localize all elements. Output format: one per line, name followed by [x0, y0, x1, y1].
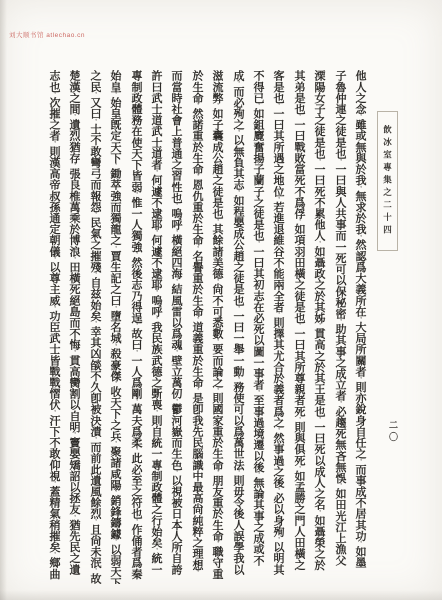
text-column: 成。而必殉之。以無負其志。如程嬰成公趙之徒是也。一曰一舉一動。務使可以爲萬世法。… [230, 70, 247, 584]
scanned-book-page: 刘大顺书馆 atlechao.cn 飲冰室專集之二十四 二〇 他人之念。雖或無與… [0, 0, 442, 600]
text-column: 子魯仲連之徒是也。一曰與人共事而一死可以保秘密。助其事之成立者。必趨死無吝無悞。… [332, 70, 349, 584]
text-column: 之民。又曰。士不敢彎弓而報怨。民氣之摧殘。自兹始矣。幸其凶燄不久卽被決潰。而前此… [87, 70, 104, 584]
text-column: 而當時社會上普通之習性也。嗚呼。橫絕四海。結風雷以爲魂。壁立萬仞。鬱河嶽而生色。… [168, 70, 185, 584]
text-column: 於生命。然諾重於生命。恩仇重於生命。名譽重於生命。道義重於生命。是卽我先民腦識中… [189, 70, 206, 584]
text-column: 不得已。如鉏麑奮揚子蘭子之徒是也。一曰其初志在必死以圖一事者。至事過境遷以後。無… [250, 70, 267, 584]
text-column: 滋流弊。如子囊成公趙之徒是也。其餘諸美德。尙不可悉數。要而論之。則國家重於生命。… [209, 70, 226, 584]
text-column: 他人之念。雖或無與於我。無求於我。然認爲大義所在。大局所關者。則亦銳身自任之。而… [352, 70, 369, 584]
text-block: 他人之念。雖或無與於我。無求於我。然認爲大義所在。大局所關者。則亦銳身自任之。而… [0, 0, 442, 600]
text-column: 客是也。一曰其所遇之地位。若進退維谷不能兩全者。則擇其尤合於義者爲之。然事過之後… [270, 70, 287, 584]
text-column: 志也。次摧之者。則漢高帝叔孫通定朝儀。以尊主威。功臣武士皆戰戰慴伏。汗下不敢仰視… [46, 70, 63, 584]
text-column: 其弟是也。一曰戰敗當死不爲俘。如項羽田橫之徒是也。一曰其所尊親者死。則與俱死。如… [291, 70, 308, 584]
text-column: 始皇。始皇旣定天下。鋤萃強而獨龍之。賈生記之曰。墮名城。殺豪傑。收天下之兵。聚諸… [107, 70, 124, 584]
text-column: 許曰武士道武士道者。何遽不逮耶。何遽不逮耶。嗚呼。我民族武德之斲喪。則自統一專制… [148, 70, 165, 584]
text-column: 溧陽女子之徒是也。一曰死不累他人。如聶政之於其姊。貫高之於其王是也。一曰死以成人… [311, 70, 328, 584]
text-column: 楚漢之間。遺烈猶存。張良椎萬乘於博浪。田橫死絕島而不悔。貫高臠割以自明。竇嬰矯詔… [66, 70, 83, 584]
text-column: 專制政體務在使天下皆弱。惟一人獨強。然後志乃得逞。故曰。一人爲剛。萬夫爲柔。此必… [128, 70, 145, 584]
